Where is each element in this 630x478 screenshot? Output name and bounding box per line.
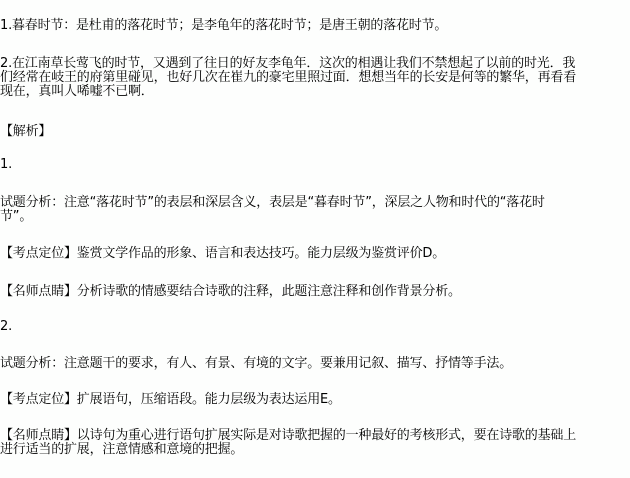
part-2-mingshi-line-1: 【名师点睛】以诗句为重心进行语句扩展实际是对诗歌把握的一种最好的考核形式，要在诗… — [0, 429, 576, 442]
answer-1: 1.暮春时节：是杜甫的落花时节；是李龟年的落花时节；是唐王朝的落花时节。 — [0, 19, 447, 32]
answer-2-line-1: 2.在江南草长莺飞的时节，又遇到了往日的好友李龟年．这次的相遇让我们不禁想起了以… — [0, 57, 575, 70]
analysis-heading: 【解析】 — [0, 125, 51, 138]
part-1-mingshi: 【名师点睛】分析诗歌的情感要结合诗歌的注释，此题注意注释和创作背景分析。 — [0, 285, 461, 298]
part-2-kaodian: 【考点定位】扩展语句，压缩语段。能力层级为表达运用E。 — [0, 393, 341, 406]
part-1-analysis-line-1: 试题分析：注意“落花时节”的表层和深层含义，表层是“暮春时节”，深层之人物和时代… — [0, 196, 545, 209]
part-2-mingshi-line-2: 进行适当的扩展，注意情感和意境的把握。 — [0, 443, 243, 456]
part-1-analysis-line-2: 节”。 — [0, 210, 32, 223]
part-2-number: 2. — [0, 320, 12, 333]
answer-2-line-3: 现在，真叫人唏嘘不已啊． — [0, 85, 154, 98]
part-1-kaodian: 【考点定位】鉴赏文学作品的形象、语言和表达技巧。能力层级为鉴赏评价D。 — [0, 247, 445, 260]
part-2-analysis: 试题分析：注意题干的要求，有人、有景、有境的文字。要兼用记叙、描写、抒情等手法。 — [0, 357, 512, 370]
part-1-number: 1. — [0, 158, 12, 171]
answer-2-line-2: 们经常在岐王的府第里碰见，也好几次在崔九的豪宅里照过面．想想当年的长安是何等的繁… — [0, 71, 576, 84]
